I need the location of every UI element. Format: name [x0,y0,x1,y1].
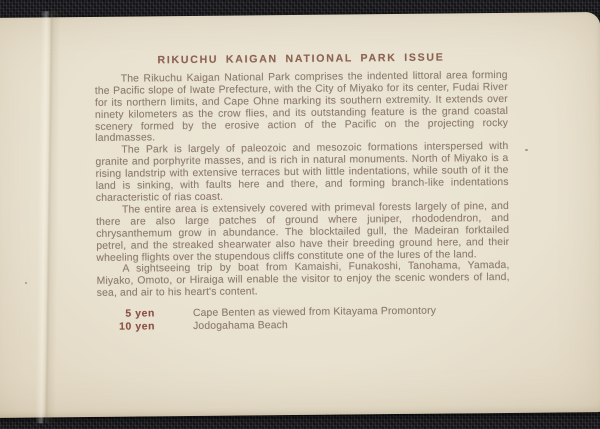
denomination-value: 10 yen [97,320,155,334]
denomination-value: 5 yen [97,307,155,321]
denomination-description: Cape Benten as viewed from Kitayama Prom… [193,305,436,320]
paragraph-flora-fauna: The entire area is extensively covered w… [96,201,510,264]
paragraph-sightseeing: A sightseeing trip by boat from Kamaishi… [96,260,509,300]
document-card: RIKUCHU KAIGAN NATIONAL PARK ISSUE The R… [0,12,600,418]
photo-frame: RIKUCHU KAIGAN NATIONAL PARK ISSUE The R… [0,0,600,429]
fold-crease [35,11,60,423]
paragraph-geology: The Park is largely of paleozoic and mes… [95,141,509,204]
document-title: RIKUCHU KAIGAN NATIONAL PARK ISSUE [94,52,507,68]
paragraph-park-overview: The Rikuchu Kaigan National Park compris… [95,70,509,145]
document-content: RIKUCHU KAIGAN NATIONAL PARK ISSUE The R… [94,52,510,334]
denomination-row: 10 yen Jodogahama Beach [97,317,510,334]
denomination-description: Jodogahama Beach [193,319,288,333]
denomination-list: 5 yen Cape Benten as viewed from Kitayam… [97,304,510,334]
